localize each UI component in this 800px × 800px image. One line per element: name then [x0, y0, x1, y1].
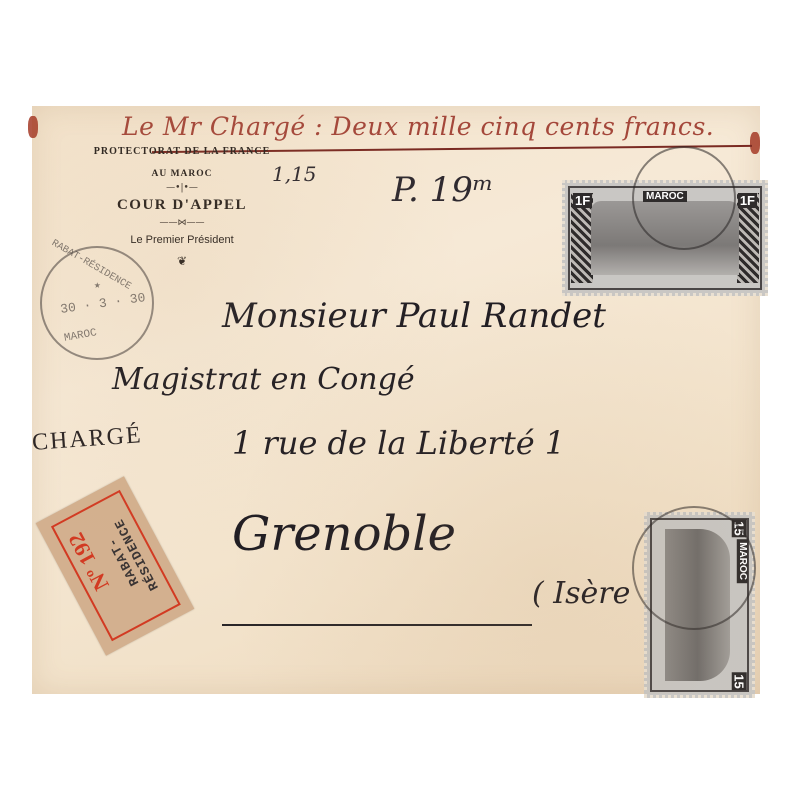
ornament-divider-icon: —•|•— — [72, 183, 292, 193]
registration-label: RABAT-RÉSIDENCE Nº 192 — [36, 476, 195, 655]
stamp-value-right: 1F — [738, 193, 757, 208]
postmark-bottom-text: MAROC — [63, 327, 98, 345]
envelope: Le Mr Chargé : Deux mille cinq cents fra… — [32, 106, 760, 694]
registered-stamp-charge: CHARGÉ — [31, 422, 143, 457]
cancellation-mark — [632, 506, 756, 630]
letterhead-premier-president: Le Premier Président — [72, 234, 292, 246]
ornament-divider-icon: ——⋈—— — [72, 218, 292, 228]
postmark-date: 30 · 3 · 30 — [59, 290, 146, 317]
cancellation-mark — [632, 146, 736, 250]
letterhead-cour-d-appel: COUR D'APPEL — [72, 197, 292, 214]
letterhead-protectorat: PROTECTORAT DE LA FRANCE — [72, 146, 292, 157]
address-department: ( Isère — [532, 576, 630, 611]
stamp-value-bottom: 15 — [731, 672, 746, 690]
address-city: Grenoble — [232, 506, 456, 562]
red-wax-mark-left — [28, 116, 38, 138]
address-street: 1 rue de la Liberté 1 — [232, 424, 565, 462]
pencil-note-115: 1,15 — [272, 162, 317, 186]
pencil-note-p19: P. 19ᵐ — [392, 170, 494, 210]
red-handwritten-declaration: Le Mr Chargé : Deux mille cinq cents fra… — [122, 112, 762, 141]
postmark: RABAT-RÉSIDENCE ★ 30 · 3 · 30 MAROC — [40, 246, 154, 360]
postmark-star-icon: ★ — [94, 278, 101, 292]
letterhead-au-maroc: AU MAROC — [72, 169, 292, 179]
stamp-value-left: 1F — [573, 193, 592, 208]
address-recipient: Monsieur Paul Randet — [222, 296, 606, 336]
address-title: Magistrat en Congé — [112, 362, 415, 397]
city-underline — [222, 624, 532, 626]
